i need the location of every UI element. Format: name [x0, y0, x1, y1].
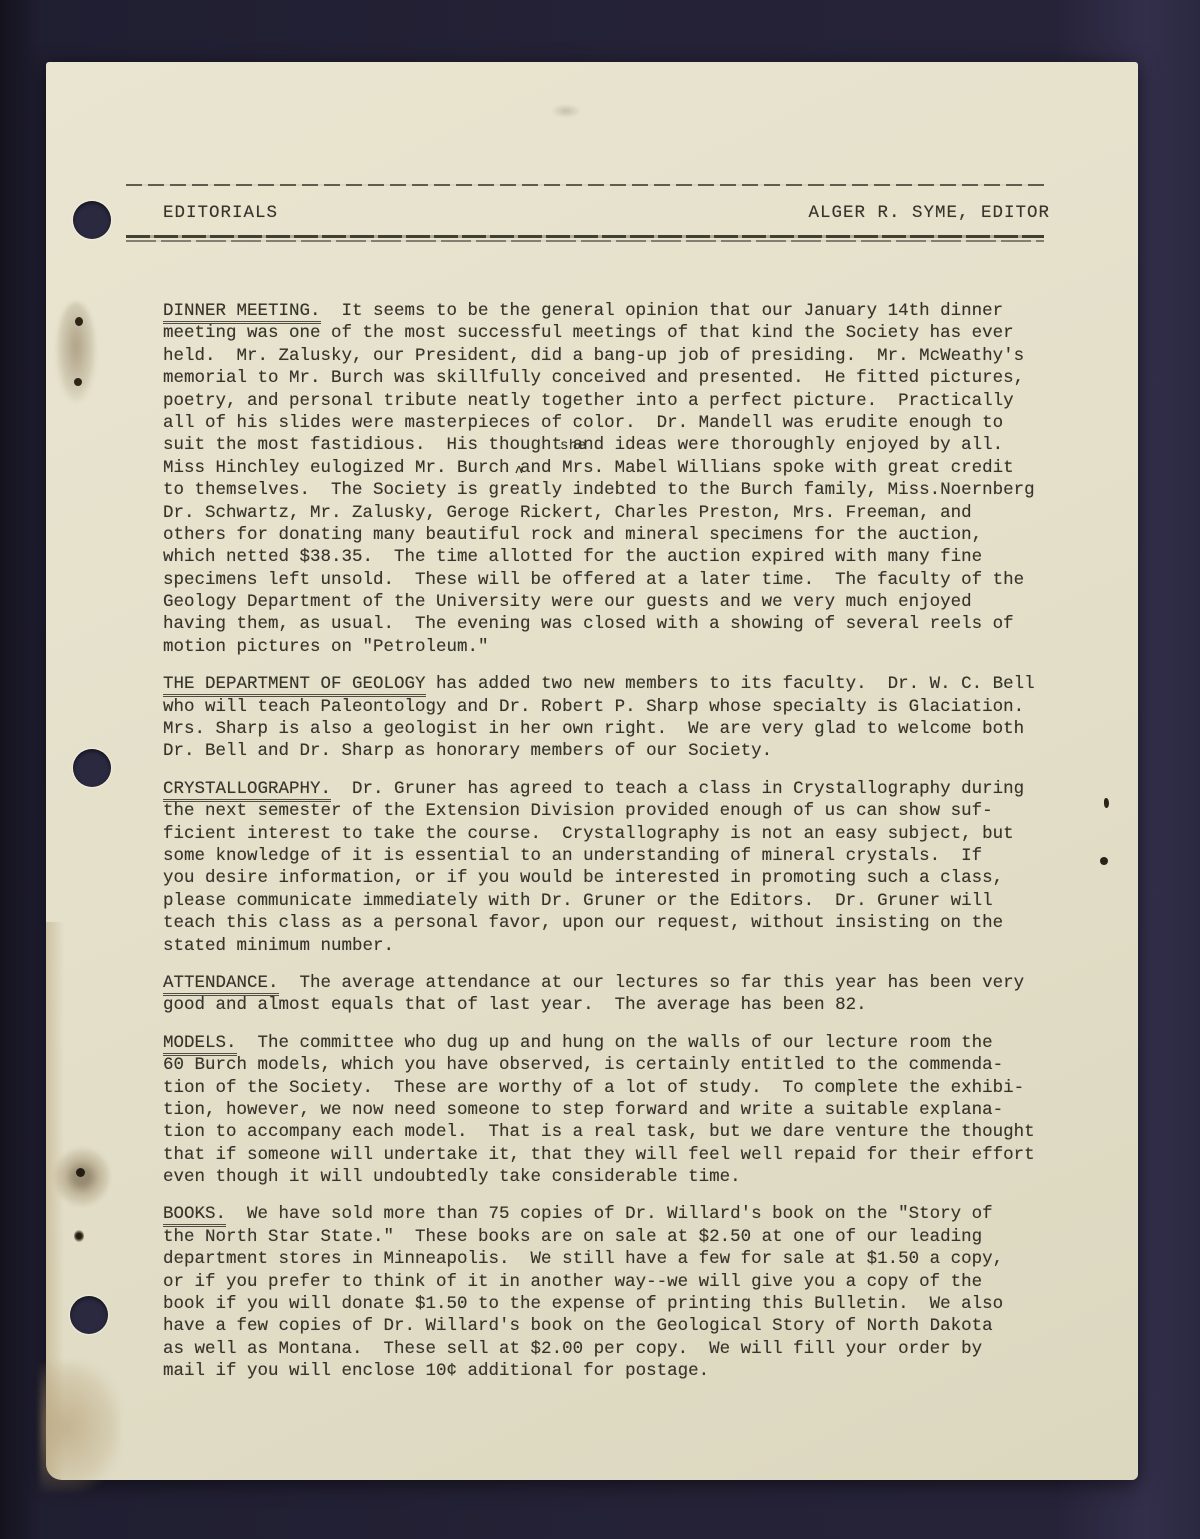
aged-left-edge [46, 922, 64, 1480]
punch-hole-top [73, 201, 111, 239]
section-department-of-geology: THE DEPARTMENT OF GEOLOGY has added two … [163, 673, 1066, 763]
ink-speck [1104, 798, 1109, 808]
section-heading: CRYSTALLOGRAPHY. [163, 779, 331, 802]
text-line: Mrs. Sharp is also a geologist in her ow… [163, 718, 1066, 740]
text-line: memorial to Mr. Burch was skillfully con… [163, 367, 1066, 389]
text-line: all of his slides were masterpieces of c… [163, 412, 1066, 434]
text-line: BOOKS. We have sold more than 75 copies … [163, 1203, 1066, 1225]
stain-dot [76, 1168, 85, 1177]
section-lines: who will teach Paleontology and Dr. Robe… [163, 696, 1066, 763]
text-line: Dr. Schwartz, Mr. Zalusky, Geroge Ricker… [163, 502, 1066, 524]
header-bottom-rule-heavy [126, 235, 1044, 238]
section-books: BOOKS. We have sold more than 75 copies … [163, 1203, 1066, 1382]
text-line: motion pictures on "Petroleum." [163, 636, 1066, 658]
scan-background: EDITORIALS ALGER R. SYME, EDITOR DINNER … [0, 0, 1200, 1539]
text-line: tion to accompany each model. That is a … [163, 1121, 1066, 1143]
smudge-top-center [551, 104, 581, 118]
header-top-rule [126, 184, 1044, 186]
section-lines: good and almost equals that of last year… [163, 994, 1066, 1016]
text-line: poetry, and personal tribute neatly toge… [163, 390, 1066, 412]
page-header: EDITORIALS ALGER R. SYME, EDITOR [163, 203, 1050, 223]
section-first-line: We have sold more than 75 copies of Dr. … [226, 1204, 993, 1224]
section-lines: the next semester of the Extension Divis… [163, 800, 1066, 957]
ink-speck [1100, 857, 1108, 865]
text-line: specimens left unsold. These will be off… [163, 569, 1066, 591]
text-line: stated minimum number. [163, 935, 1066, 957]
text-line: some knowledge of it is essential to an … [163, 845, 1066, 867]
section-attendance: ATTENDANCE. The average attendance at ou… [163, 972, 1066, 1017]
header-bottom-rule-light [126, 240, 1044, 242]
text-line: tion, however, we now need someone to st… [163, 1099, 1066, 1121]
text-line: 60 Burch models, which you have observed… [163, 1054, 1066, 1076]
text-line: the North Star State." These books are o… [163, 1226, 1066, 1248]
document-page: EDITORIALS ALGER R. SYME, EDITOR DINNER … [46, 62, 1138, 1480]
text-line: have a few copies of Dr. Willard's book … [163, 1315, 1066, 1337]
text-line: Geology Department of the University wer… [163, 591, 1066, 613]
text-line: others for donating many beautiful rock … [163, 524, 1066, 546]
section-lines: 60 Burch models, which you have observed… [163, 1054, 1066, 1188]
text-line: or if you prefer to think of it in anoth… [163, 1271, 1066, 1293]
section-heading: ATTENDANCE. [163, 973, 279, 996]
section-lines: the North Star State." These books are o… [163, 1226, 1066, 1383]
stain-dot [74, 378, 82, 386]
text-line: tion of the Society. These are worthy of… [163, 1077, 1066, 1099]
typed-insertion-she: she [560, 435, 587, 457]
text-line: MODELS. The committee who dug up and hun… [163, 1032, 1066, 1054]
text-line: even though it will undoubtedly take con… [163, 1166, 1066, 1188]
text-line: suit the most fastidious. His thought an… [163, 434, 1066, 456]
header-section-title: EDITORIALS [163, 203, 278, 223]
text-line: ATTENDANCE. The average attendance at ou… [163, 972, 1066, 994]
header-editor-credit: ALGER R. SYME, EDITOR [808, 203, 1050, 223]
text-line: mail if you will enclose 10¢ additional … [163, 1360, 1066, 1382]
section-first-line: The average attendance at our lectures s… [279, 973, 1025, 993]
text-line: having them, as usual. The evening was c… [163, 613, 1066, 635]
stain-dot [74, 1230, 84, 1242]
text-line: that if someone will undertake it, that … [163, 1144, 1066, 1166]
document-body: DINNER MEETING. It seems to be the gener… [163, 300, 1066, 1383]
text-line: book if you will donate $1.50 to the exp… [163, 1293, 1066, 1315]
section-crystallography: CRYSTALLOGRAPHY. Dr. Gruner has agreed t… [163, 778, 1066, 957]
text-line: Dr. Bell and Dr. Sharp as honorary membe… [163, 740, 1066, 762]
section-first-line: Dr. Gruner has agreed to teach a class i… [331, 779, 1024, 799]
text-line: CRYSTALLOGRAPHY. Dr. Gruner has agreed t… [163, 778, 1066, 800]
text-line: THE DEPARTMENT OF GEOLOGY has added two … [163, 673, 1066, 695]
section-first-line: The committee who dug up and hung on the… [237, 1033, 993, 1053]
text-line: meeting was one of the most successful m… [163, 322, 1066, 344]
punch-hole-middle [73, 749, 111, 787]
section-first-line: It seems to be the general opinion that … [321, 301, 1004, 321]
section-heading: DINNER MEETING. [163, 301, 321, 324]
text-line: who will teach Paleontology and Dr. Robe… [163, 696, 1066, 718]
section-heading: BOOKS. [163, 1204, 226, 1227]
text-line: teach this class as a personal favor, up… [163, 912, 1066, 934]
text-line: to themselves. The Society is greatly in… [163, 479, 1066, 501]
section-dinner-meeting: DINNER MEETING. It seems to be the gener… [163, 300, 1066, 658]
section-models: MODELS. The committee who dug up and hun… [163, 1032, 1066, 1189]
text-line: DINNER MEETING. It seems to be the gener… [163, 300, 1066, 322]
text-line: department stores in Minneapolis. We sti… [163, 1248, 1066, 1270]
section-heading: MODELS. [163, 1033, 237, 1056]
punch-hole-bottom [70, 1296, 108, 1334]
text-line: you desire information, or if you would … [163, 867, 1066, 889]
text-line: as well as Montana. These sell at $2.00 … [163, 1338, 1066, 1360]
text-line: Miss Hinchley eulogized Mr. Burch and Mr… [163, 457, 1066, 479]
text-line: ficient interest to take the course. Cry… [163, 823, 1066, 845]
stain-dot [75, 317, 83, 326]
header-bottom-rule [126, 235, 1044, 242]
text-line: good and almost equals that of last year… [163, 994, 1066, 1016]
insertion-caret-mark: ʌ [515, 459, 523, 481]
section-first-line: has added two new members to its faculty… [426, 674, 1035, 694]
text-line: the next semester of the Extension Divis… [163, 800, 1066, 822]
section-heading: THE DEPARTMENT OF GEOLOGY [163, 674, 426, 697]
text-line: held. Mr. Zalusky, our President, did a … [163, 345, 1066, 367]
section-lines: meeting was one of the most successful m… [163, 322, 1066, 658]
text-line: please communicate immediately with Dr. … [163, 890, 1066, 912]
text-line: which netted $38.35. The time allotted f… [163, 546, 1066, 568]
